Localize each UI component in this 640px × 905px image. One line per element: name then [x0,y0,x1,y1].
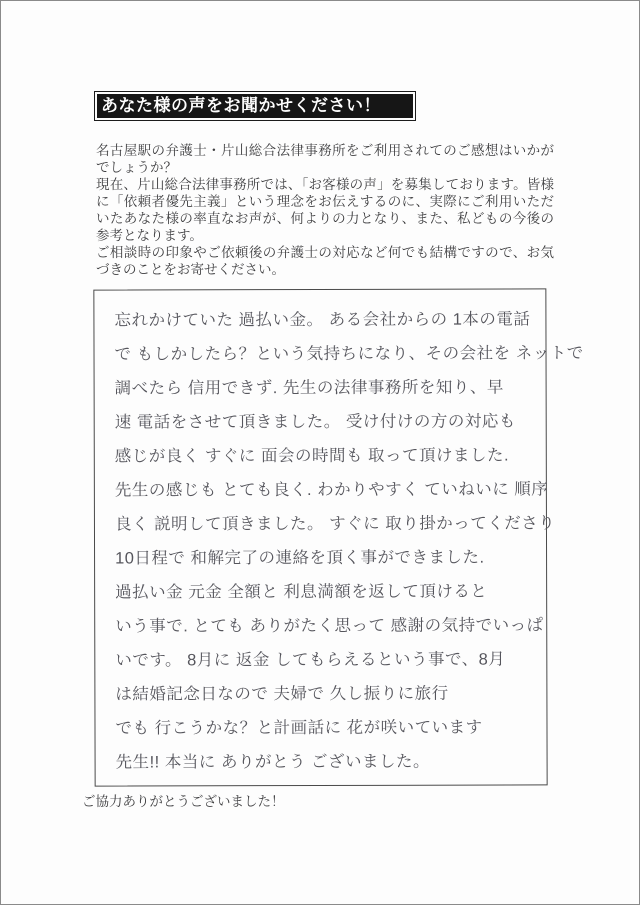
scanned-testimonial-page: あなた様の声をお聞かせください！ 名古屋駅の弁護士・片山総合法律事務所をご利用さ… [0,0,640,905]
intro-paragraph-3: ご相談時の印象やご依頼後の弁護士の対応など何でも結構ですので、お気づきのことをお… [96,244,554,278]
testimonial-line: でも 行こうかな？と計画話に 花が咲いています [115,710,532,745]
testimonial-line: いう事で. とても ありがたく思って 感謝の気持でいっぱ [115,608,532,643]
testimonial-line: 10日程で 和解完了の連絡を頂く事ができました. [115,540,532,575]
testimonial-line: 感じが良く すぐに 面会の時間も 取って頂けました. [115,438,532,473]
testimonial-line: で もしかしたら？という気持ちになり、その会社を ネットで [114,336,531,371]
intro-text: 名古屋駅の弁護士・片山総合法律事務所をご利用されてのご感想はいかがでしょうか？ … [96,142,554,278]
testimonial-line: は結婚記念日なので 夫婦で 久し振りに旅行 [115,676,532,711]
testimonial-line: 過払い金 元金 全額と 利息満額を返して頂けると [115,574,532,609]
page-title: あなた様の声をお聞かせください！ [97,94,413,118]
testimonial-line: 忘れかけていた 過払い金。 ある会社からの 1本の電話 [114,302,531,337]
title-banner: あなた様の声をお聞かせください！ [94,91,416,121]
testimonial-line: 先生の感じも とても良く. わかりやすく ていねいに 順序 [115,472,532,507]
testimonial-box: 忘れかけていた 過払い金。 ある会社からの 1本の電話 で もしかしたら？という… [93,288,547,786]
testimonial-line: 調べたら 信用できず. 先生の法律事務所を知り、早 [115,370,532,405]
testimonial-line: 先生!! 本当に ありがとう ございました。 [116,744,533,779]
testimonial-line: 速 電話をさせて頂きました。 受け付けの方の対応も [115,404,532,439]
footer-thanks: ご協力ありがとうございました！ [82,790,285,810]
intro-paragraph-1: 名古屋駅の弁護士・片山総合法律事務所をご利用されてのご感想はいかがでしょうか？ [96,142,554,176]
intro-paragraph-2: 現在、片山総合法律事務所では、「お客様の声」を募集しております。皆様に「依頼者優… [96,176,554,244]
testimonial-line: 良く 説明して頂きました。 すぐに 取り掛かってくださり [115,506,532,541]
testimonial-line: いです。 8月に 返金 してもらえるという事で、8月 [115,642,532,677]
